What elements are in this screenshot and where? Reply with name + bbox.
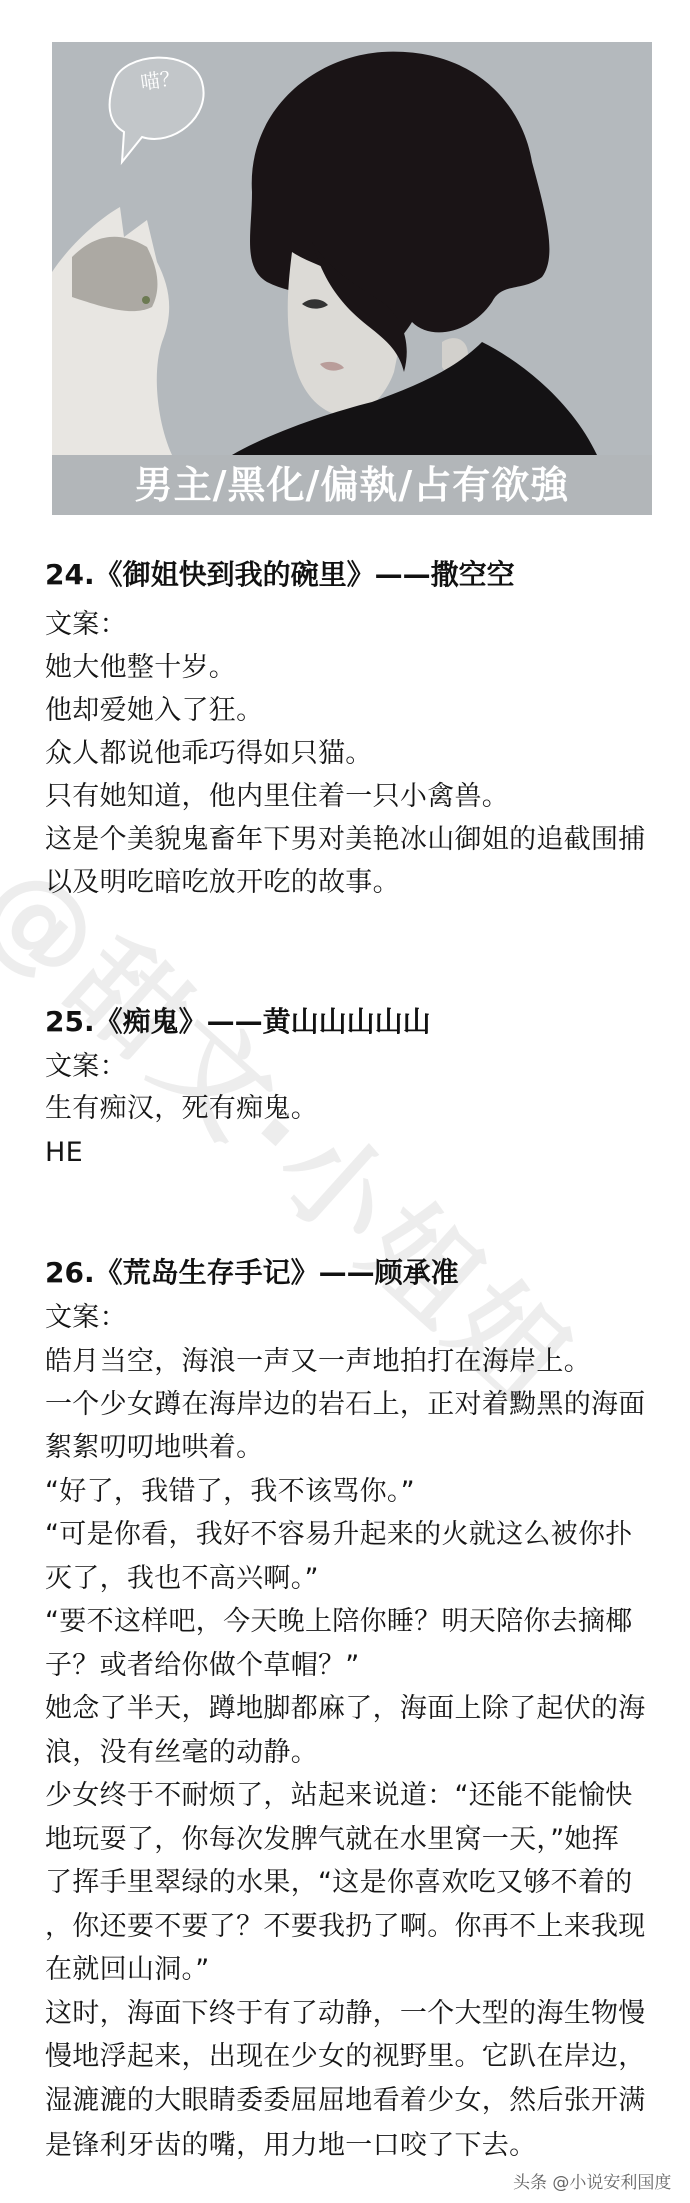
body-line: 是锋利牙齿的嘴，用力地一口咬了下去。 xyxy=(45,2124,536,2168)
body-line: 慢地浮起来，出现在少女的视野里。它趴在岸边， xyxy=(45,2035,646,2079)
body-line: 她大他整十岁。 xyxy=(45,646,236,690)
body-line: 以及明吃暗吃放开吃的故事。 xyxy=(45,861,400,905)
body-line: ，你还要不要了？不要我扔了啊。你再不上来我现 xyxy=(45,1905,646,1949)
entry-heading: 25.《痴鬼》——黄山山山山山 xyxy=(45,1000,431,1044)
body-line: 皓月当空，海浪一声又一声地拍打在海岸上。 xyxy=(45,1340,591,1384)
body-line: “好了，我错了，我不该骂你。” xyxy=(45,1470,415,1514)
body-line: 少女终于不耐烦了，站起来说道：“还能不能愉快 xyxy=(45,1774,633,1818)
hero-illustration: 喵？ 男主/黑化/偏執/占有欲強 xyxy=(52,42,652,515)
body-line: 在就回山洞。” xyxy=(45,1948,210,1992)
body-line: 生有痴汉，死有痴鬼。 xyxy=(45,1087,318,1131)
body-line: 浪，没有丝毫的动静。 xyxy=(45,1731,318,1775)
body-line: 地玩耍了，你每次发脾气就在水里窝一天，”她挥 xyxy=(45,1818,619,1862)
speech-bubble-text: 喵？ xyxy=(138,61,182,95)
body-line: “要不这样吧，今天晚上陪你睡？明天陪你去摘椰 xyxy=(45,1600,633,1644)
body-line: 只有她知道，他内里住着一只小禽兽。 xyxy=(45,775,509,819)
entry-label: 文案： xyxy=(45,1296,127,1340)
body-line: 一个少女蹲在海岸边的岩石上，正对着黝黑的海面 xyxy=(45,1383,646,1427)
body-line: “可是你看，我好不容易升起来的火就这么被你扑 xyxy=(45,1513,633,1557)
illustration-art-icon xyxy=(52,42,652,515)
body-line: 她念了半天，蹲地脚都麻了，海面上除了起伏的海 xyxy=(45,1687,646,1731)
body-line: 湿漉漉的大眼睛委委屈屈地看着少女，然后张开满 xyxy=(45,2079,646,2123)
body-line: 这时，海面下终于有了动静，一个大型的海生物慢 xyxy=(45,1992,646,2036)
body-line: 他却爱她入了狂。 xyxy=(45,689,263,733)
hero-caption: 男主/黑化/偏執/占有欲強 xyxy=(52,455,652,515)
body-line: HE xyxy=(45,1131,83,1175)
body-line: 这是个美貌鬼畜年下男对美艳冰山御姐的追截围捕 xyxy=(45,818,646,862)
body-line: 絮絮叨叨地哄着。 xyxy=(45,1426,263,1470)
body-line: 灭了，我也不高兴啊。” xyxy=(45,1557,319,1601)
body-line: 了挥手里翠绿的水果，“这是你喜欢吃又够不着的 xyxy=(45,1861,633,1905)
entry-heading: 24.《御姐快到我的碗里》——撒空空 xyxy=(45,553,515,597)
entry-label: 文案： xyxy=(45,603,127,647)
source-attribution: 头条 @小说安利国度 xyxy=(513,2168,671,2193)
entry-heading: 26.《荒岛生存手记》——顾承准 xyxy=(45,1251,459,1295)
body-line: 子？或者给你做个草帽？” xyxy=(45,1644,360,1688)
entry-label: 文案： xyxy=(45,1045,127,1089)
body-line: 众人都说他乖巧得如只猫。 xyxy=(45,732,373,776)
